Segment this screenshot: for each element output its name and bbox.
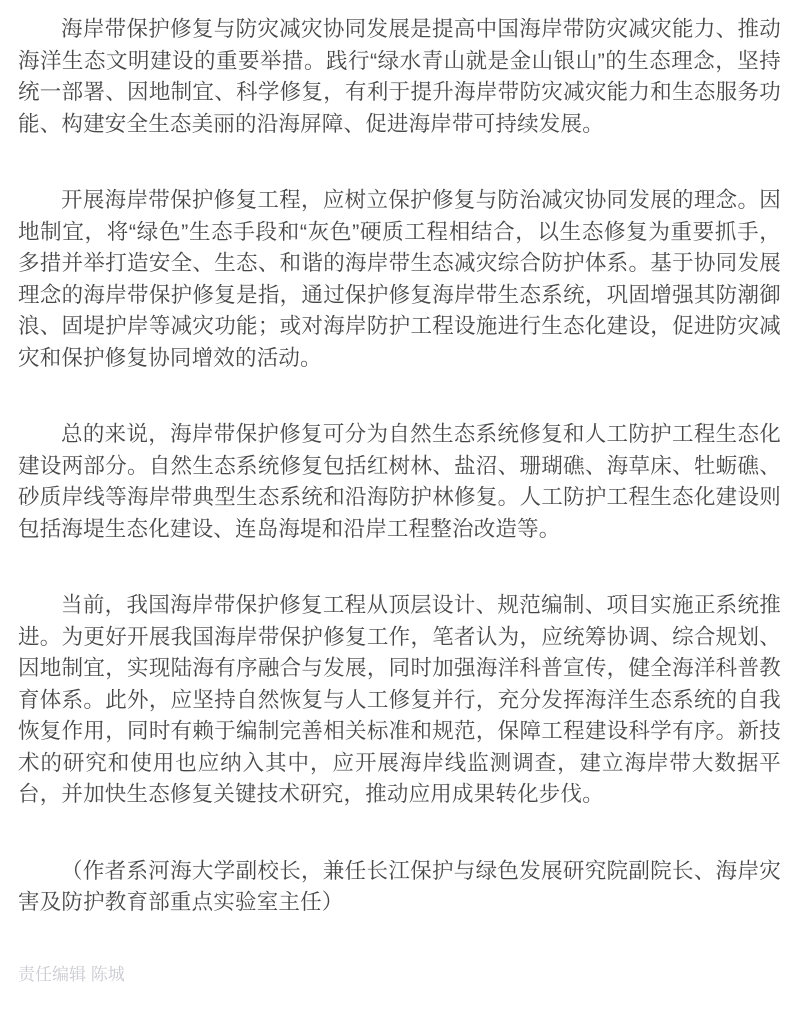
article-paragraph-project-concept: 开展海岸带保护修复工程，应树立保护修复与防治减灾协同发展的理念。因地制宜，将“绿… xyxy=(18,185,781,374)
article-paragraph-intro: 海岸带保护修复与防灾减灾协同发展是提高中国海岸带防灾减灾能力、推动海洋生态文明建… xyxy=(18,14,781,140)
article-body: 海岸带保护修复与防灾减灾协同发展是提高中国海岸带防灾减灾能力、推动海洋生态文明建… xyxy=(0,0,799,986)
article-paragraph-current-progress: 当前，我国海岸带保护修复工程从顶层设计、规范编制、项目实施正系统推进。为更好开展… xyxy=(18,590,781,811)
article-paragraph-classification: 总的来说，海岸带保护修复可分为自然生态系统修复和人工防护工程生态化建设两部分。自… xyxy=(18,419,781,545)
editor-credit: 责任编辑 陈城 xyxy=(18,964,781,986)
article-paragraph-author-note: （作者系河海大学副校长，兼任长江保护与绿色发展研究院副院长、海岸灾害及防护教育部… xyxy=(18,856,781,919)
